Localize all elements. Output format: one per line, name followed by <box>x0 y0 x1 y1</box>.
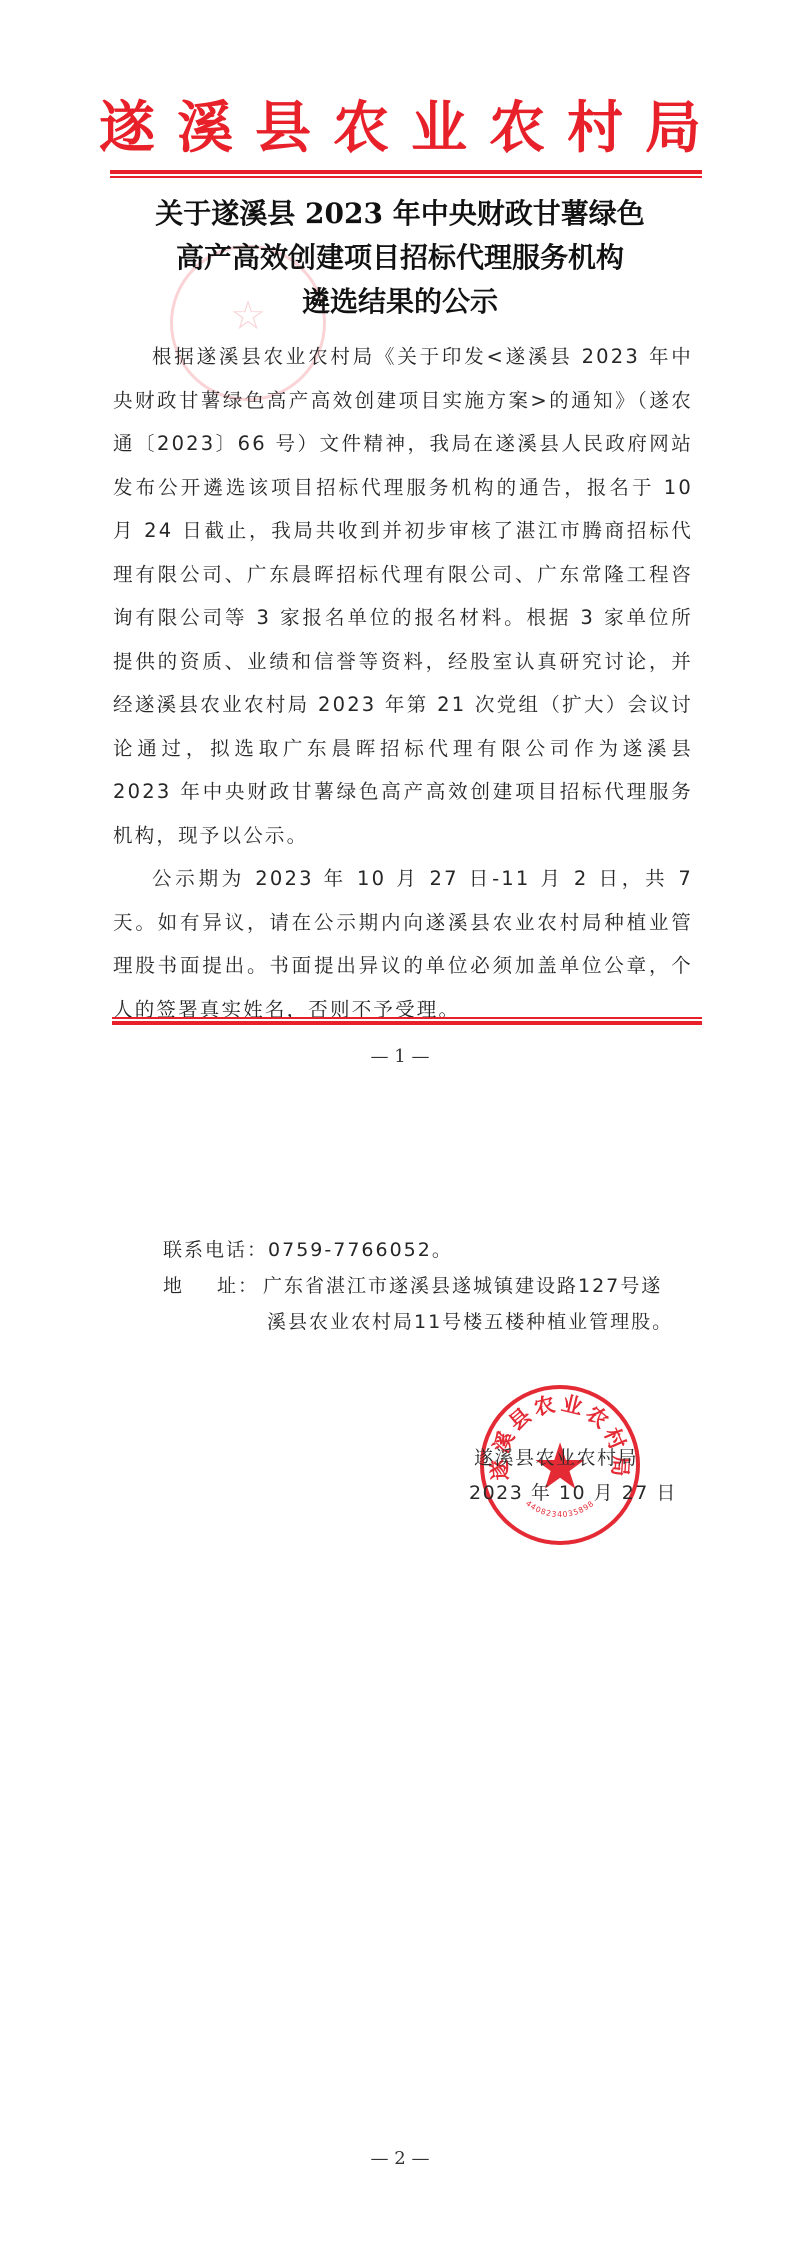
address-line-2: 溪县农业农村局11号楼五楼种植业管理股。 <box>267 1311 673 1333</box>
contact-block: 联系电话：0759-7766052。 地址：广东省湛江市遂溪县遂城镇建设路127… <box>163 1232 673 1340</box>
document-title: 关于遂溪县 2023 年中央财政甘薯绿色 高产高效创建项目招标代理服务机构 遴选… <box>0 192 800 324</box>
title-line-2: 高产高效创建项目招标代理服务机构 <box>0 236 800 280</box>
address-line-1: 广东省湛江市遂溪县遂城镇建设路127号遂 <box>263 1275 662 1297</box>
address-label: 地址： <box>163 1268 259 1304</box>
paragraph-2: 公示期为 2023 年 10 月 27 日-11 月 2 日，共 7 天。如有异… <box>113 857 693 1031</box>
document-body: 根据遂溪县农业农村局《关于印发<遂溪县 2023 年中央财政甘薯绿色高产高效创建… <box>113 335 693 1031</box>
phone-label: 联系电话： <box>163 1239 268 1261</box>
footer-red-divider <box>112 1017 702 1025</box>
page-number-2: — 2 — <box>0 2148 800 2169</box>
phone-value: 0759-7766052。 <box>268 1239 453 1261</box>
paragraph-1: 根据遂溪县农业农村局《关于印发<遂溪县 2023 年中央财政甘薯绿色高产高效创建… <box>113 335 693 857</box>
contact-address-row-2: 溪县农业农村局11号楼五楼种植业管理股。 <box>163 1304 673 1340</box>
signing-organization: 遂溪县农业农村局 <box>474 1443 638 1470</box>
letterhead-title: 遂溪县农业农村局 <box>0 95 800 161</box>
page-number-1: — 1 — <box>0 1046 800 1067</box>
contact-address-row: 地址：广东省湛江市遂溪县遂城镇建设路127号遂 <box>163 1268 673 1304</box>
title-line-3: 遴选结果的公示 <box>0 280 800 324</box>
contact-phone-row: 联系电话：0759-7766052。 <box>163 1232 673 1268</box>
signing-date: 2023 年 10 月 27 日 <box>469 1478 677 1505</box>
header-red-divider <box>110 170 702 178</box>
title-line-1: 关于遂溪县 2023 年中央财政甘薯绿色 <box>0 192 800 236</box>
